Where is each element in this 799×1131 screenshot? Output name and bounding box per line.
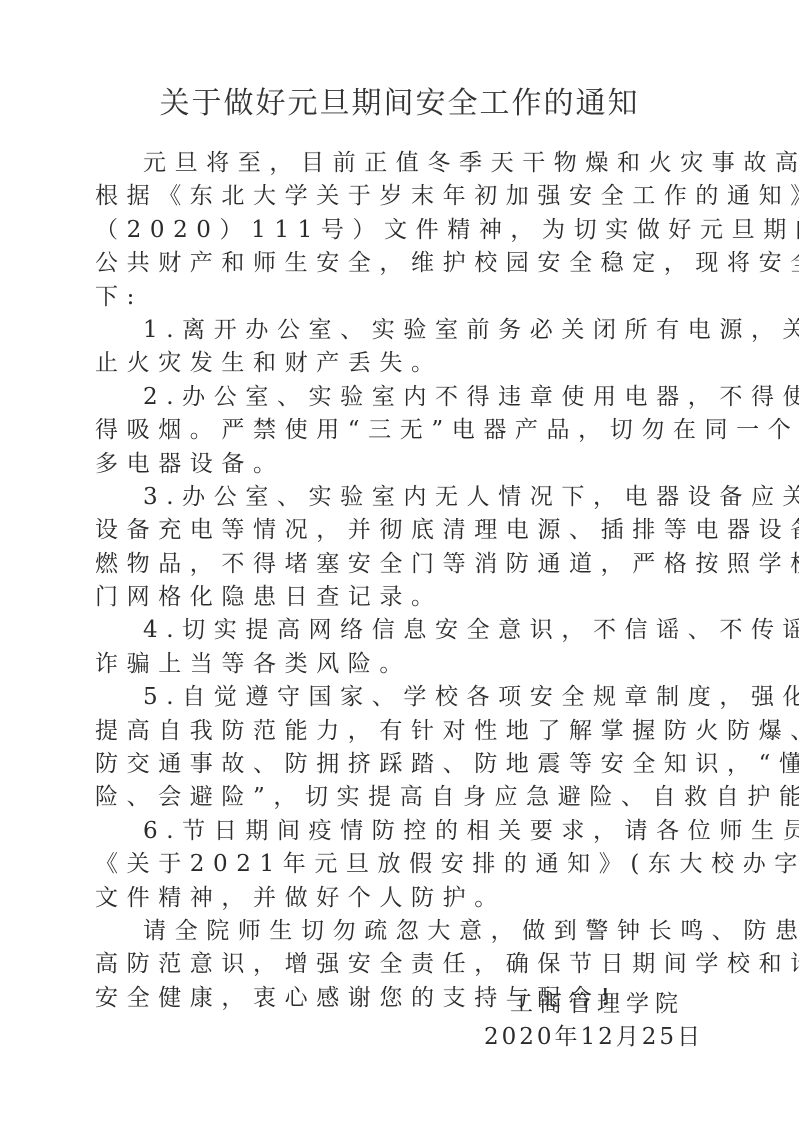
- item-2-line: 2.办公室、实验室内不得违章使用电器，不得使用明火，不: [95, 381, 715, 414]
- item-5-line: 防交通事故、防拥挤踩踏、防地震等安全知识，“懂安全、知危: [95, 748, 715, 781]
- body-line: 公共财产和师生安全，维护校园安全稳定，现将安全工作通知如: [95, 247, 715, 280]
- item-6-line: 6.节日期间疫情防控的相关要求，请各位师生员工严格遵守: [95, 815, 715, 848]
- body-line: 元旦将至，目前正值冬季天干物燥和火灾事故高发频发时节。: [95, 147, 715, 180]
- item-1-line: 1.离开办公室、实验室前务必关闭所有电源，关好门窗，防: [95, 314, 715, 347]
- item-3-line: 燃物品，不得堵塞安全门等消防通道，严格按照学校要求完成部: [95, 548, 715, 581]
- closing-line: 高防范意识，增强安全责任，确保节日期间学校和谐稳定、师生: [95, 948, 715, 981]
- item-2-line: 多电器设备。: [95, 448, 715, 481]
- item-3-line: 3.办公室、实验室内无人情况下，电器设备应关闭、不得有: [95, 481, 715, 514]
- item-2-line: 得吸烟。严禁使用“三无”电器产品，切勿在同一个插排上插过: [95, 414, 715, 447]
- body-line: 根据《东北大学关于岁末年初加强安全工作的通知》（东大校字: [95, 180, 715, 213]
- body-line: 下:: [95, 281, 715, 314]
- signature-date: 2020年12月25日: [484, 1018, 703, 1051]
- item-6-line: 《关于2021年元旦放假安排的通知》(东大校办字（2020）20号）: [95, 848, 715, 881]
- item-4-line: 诈骗上当等各类风险。: [95, 648, 715, 681]
- item-5-line: 险、会避险”，切实提高自身应急避险、自救自护能力。: [95, 781, 715, 814]
- item-3-line: 门网格化隐患日查记录。: [95, 581, 715, 614]
- item-5-line: 5.自觉遵守国家、学校各项安全规章制度，强化安全意识、: [95, 681, 715, 714]
- item-3-line: 设备充电等情况，并彻底清理电源、插排等电器设备设施周边可: [95, 514, 715, 547]
- document-body: 元旦将至，目前正值冬季天干物燥和火灾事故高发频发时节。 根据《东北大学关于岁末年…: [95, 147, 715, 1015]
- body-line: （2020）111号）文件精神，为切实做好元旦期间安全工作，确保: [95, 214, 715, 247]
- closing-line: 请全院师生切勿疏忽大意，做到警钟长鸣、防患于未然，提: [95, 915, 715, 948]
- item-1-line: 止火灾发生和财产丢失。: [95, 347, 715, 380]
- document-title: 关于做好元旦期间安全工作的通知: [0, 78, 799, 122]
- item-6-line: 文件精神，并做好个人防护。: [95, 882, 715, 915]
- item-4-line: 4.切实提高网络信息安全意识，不信谣、不传谣，预防网络: [95, 614, 715, 647]
- signature-organization: 工商管理学院: [510, 985, 684, 1018]
- item-5-line: 提高自我防范能力，有针对性地了解掌握防火防爆、防盗防骗、: [95, 715, 715, 748]
